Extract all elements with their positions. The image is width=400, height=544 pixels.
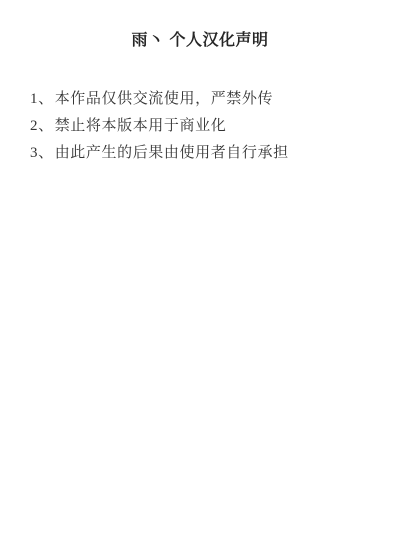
statement-line-2: 2、禁止将本版本用于商业化 [30,113,400,140]
statement-2-text: 禁止将本版本用于商业化 [55,118,227,134]
statement-3-number: 3、 [30,145,54,161]
statement-1-number: 1、 [30,91,54,107]
statement-2-number: 2、 [30,118,54,134]
declaration-page: 雨丶 个人汉化声明 1、本作品仅供交流使用，严禁外传 2、禁止将本版本用于商业化… [0,0,400,544]
statement-list: 1、本作品仅供交流使用，严禁外传 2、禁止将本版本用于商业化 3、由此产生的后果… [30,86,400,167]
page-title: 雨丶 个人汉化声明 [0,0,400,50]
statement-3-text: 由此产生的后果由使用者自行承担 [55,145,289,161]
statement-1-text: 本作品仅供交流使用，严禁外传 [55,91,273,107]
statement-line-1: 1、本作品仅供交流使用，严禁外传 [30,86,400,113]
statement-line-3: 3、由此产生的后果由使用者自行承担 [30,140,400,167]
